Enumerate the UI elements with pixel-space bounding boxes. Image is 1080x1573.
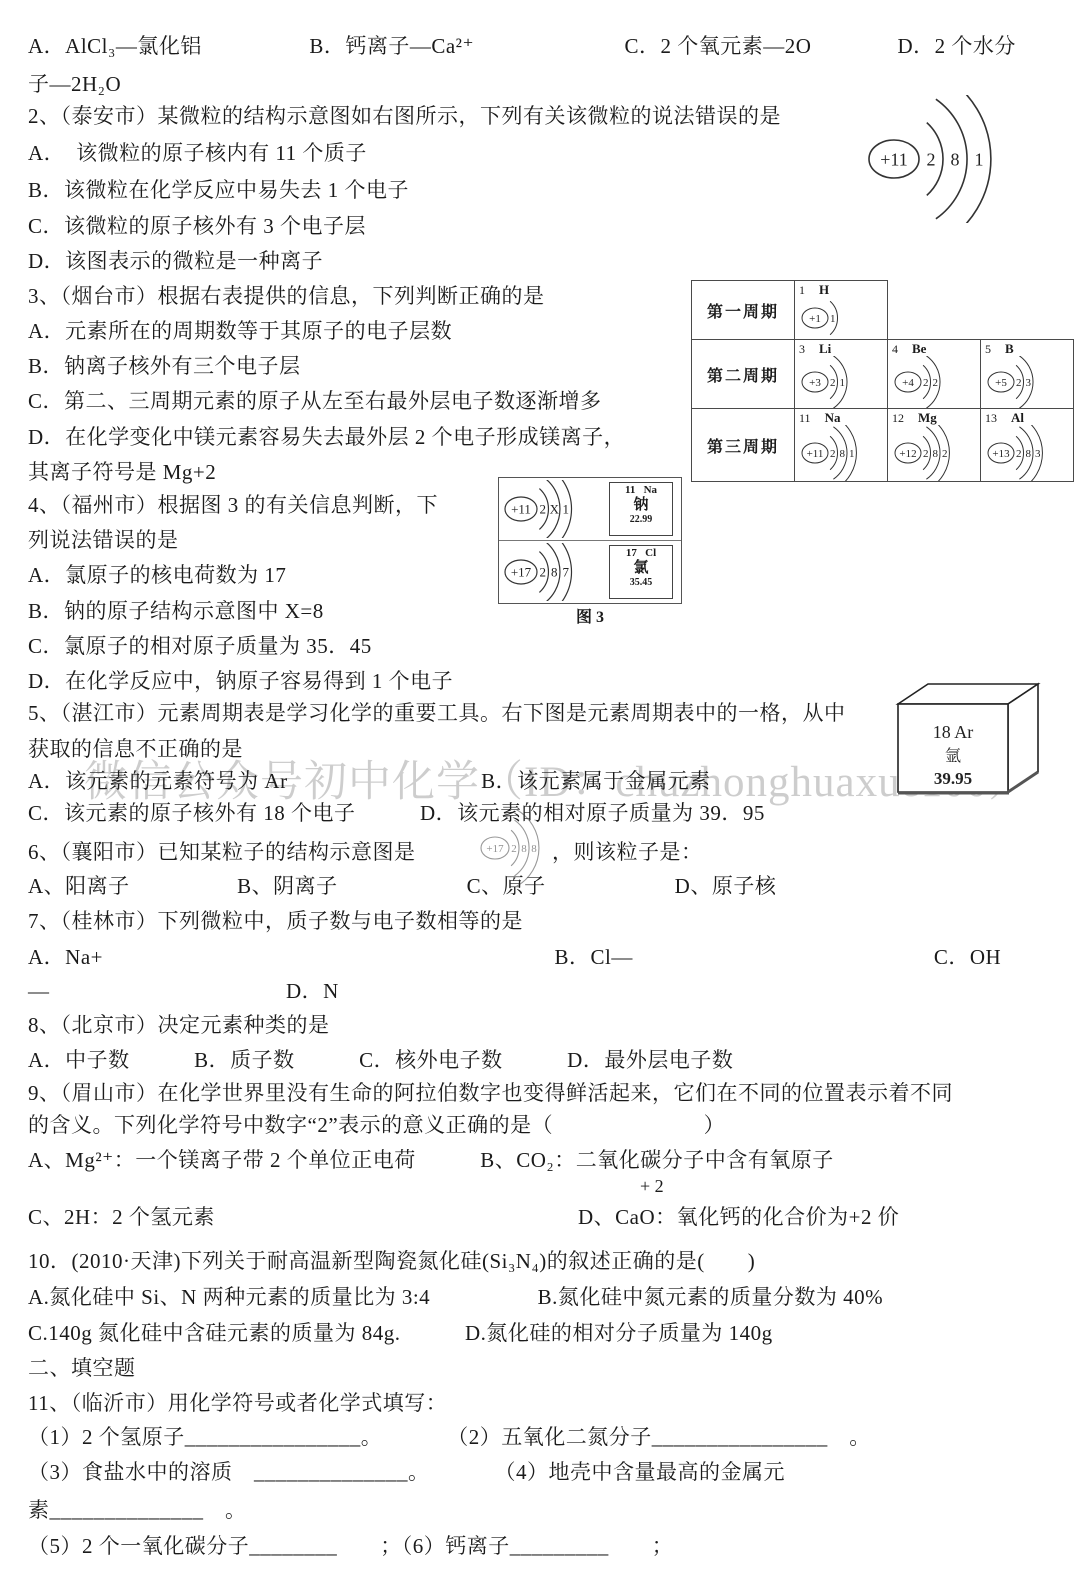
svg-text:8: 8: [840, 448, 846, 460]
periodic-table-row: 第三周期11Na+1128112Mg+1228213Al+13283: [692, 409, 1074, 482]
atom-structure-icon: +11: [799, 297, 883, 339]
text-line: A．氯原子的核电荷数为 17: [28, 561, 286, 589]
atom-structure-icon: +11281: [862, 95, 1022, 223]
fill-blank-line: （5）2 个一氧化碳分子________ ；（6）钙离子_________ ；: [28, 1532, 673, 1560]
element-header: 4Be: [892, 342, 980, 356]
periodic-table-row: 第二周期3Li+3214Be+4225B+523: [692, 340, 1074, 409]
svg-text:39.95: 39.95: [934, 769, 972, 788]
periodic-cell: 4Be+422: [887, 339, 981, 409]
atom-structure-icon: +523: [985, 356, 1069, 408]
text-line: B．钠离子核外有三个电子层: [28, 352, 301, 380]
svg-text:1: 1: [840, 377, 846, 389]
element-header: 1H: [799, 283, 887, 297]
text-line: A．该元素的元素符号为 Ar B．该元素属于金属元素: [28, 767, 711, 795]
svg-text:+11: +11: [807, 448, 824, 460]
text-line: 列说法错误的是: [28, 526, 179, 554]
text-line: 其离子符号是 Mg+2: [28, 458, 216, 486]
svg-text:+11: +11: [511, 502, 531, 517]
svg-text:8: 8: [1026, 448, 1032, 460]
svg-text:2: 2: [1016, 448, 1022, 460]
svg-text:+4: +4: [902, 377, 914, 389]
element-header: 13Al: [985, 411, 1073, 425]
text-line: D．在化学反应中，钠原子容易得到 1 个电子: [28, 667, 453, 695]
svg-text:X: X: [550, 502, 560, 517]
svg-text:氩: 氩: [945, 747, 961, 765]
svg-text:2: 2: [933, 377, 939, 389]
text-line: 获取的信息不正确的是: [28, 735, 243, 763]
svg-text:3: 3: [1035, 448, 1041, 460]
text-line: A.氮化硅中 Si、N 两种元素的质量比为 3:4 B.氮化硅中氮元素的质量分数…: [28, 1283, 883, 1311]
svg-text:1: 1: [830, 313, 836, 325]
element-cube-icon: 18 Ar氩39.95: [890, 676, 1042, 800]
svg-text:2: 2: [540, 502, 547, 517]
element-header: 5B: [985, 342, 1073, 356]
periodic-table-row: 第一周期1H+11: [692, 281, 1074, 340]
svg-text:7: 7: [563, 565, 570, 580]
worksheet-page: 微信公众号初中化学（ID：chuzhonghuaxue100） A．AlCl₃—…: [0, 0, 1080, 1573]
svg-text:2: 2: [830, 448, 836, 460]
svg-text:3: 3: [1026, 377, 1032, 389]
argon-cube-diagram: 18 Ar氩39.95: [890, 676, 1042, 805]
atom-structure-icon: +321: [799, 356, 883, 408]
atom-structure-icon: +11281: [799, 425, 883, 481]
svg-text:8: 8: [933, 448, 939, 460]
svg-text:+3: +3: [809, 377, 821, 389]
periodic-table: 第一周期1H+11第二周期3Li+3214Be+4225B+523第三周期11N…: [692, 281, 1074, 482]
svg-text:+13: +13: [992, 448, 1010, 460]
text-line: A． 该微粒的原子核内有 11 个质子: [28, 139, 367, 167]
text-line: D．该图表示的微粒是一种离子: [28, 247, 323, 275]
text-line: A．AlCl₃—氯化铝 B．钙离子—Ca²⁺ C．2 个氧元素—2O D．2 个…: [28, 32, 1016, 60]
text-line: D．在化学变化中镁元素容易失去最外层 2 个电子形成镁离子，: [28, 423, 625, 451]
svg-text:+1: +1: [809, 313, 821, 325]
period-label: 第一周期: [691, 280, 795, 340]
svg-text:2: 2: [511, 843, 517, 855]
periodic-cell: 5B+523: [980, 339, 1074, 409]
text-line: 11、（临沂市）用化学符号或者化学式填写：: [28, 1389, 447, 1417]
text-line: 2、（泰安市）某微粒的结构示意图如右图所示，下列有关该微粒的说法错误的是: [28, 102, 781, 130]
text-line: 5、（湛江市）元素周期表是学习化学的重要工具。右下图是元素周期表中的一格，从中: [28, 699, 846, 727]
svg-text:18 Ar: 18 Ar: [933, 722, 974, 742]
section-title: 二、填空题: [28, 1354, 136, 1382]
svg-text:2: 2: [830, 377, 836, 389]
svg-text:+11: +11: [880, 149, 907, 169]
svg-text:2: 2: [1016, 377, 1022, 389]
periodic-cell: 13Al+13283: [980, 408, 1074, 482]
text-line: 3、（烟台市）根据右表提供的信息，下列判断正确的是: [28, 282, 545, 310]
text-line: A．Na+ B．Cl— C．OH: [28, 943, 1001, 971]
svg-text:2: 2: [927, 149, 936, 169]
atom-structure-icon: +112X1: [499, 480, 607, 538]
svg-text:1: 1: [975, 149, 984, 169]
text-line: C、2H：2 个氢元素: [28, 1203, 215, 1231]
text-line: A、Mg²⁺：一个镁离子带 2 个单位正电荷 B、CO₂：二氧化碳分子中含有氧原…: [28, 1146, 834, 1174]
svg-text:8: 8: [951, 149, 960, 169]
atom-structure-icon: +13283: [985, 425, 1069, 481]
figure3-caption: 图 3: [498, 604, 682, 627]
text-line: A．中子数 B．质子数 C．核外电子数 D．最外层电子数: [28, 1046, 733, 1074]
text-line: ，则该粒子是：: [552, 838, 703, 866]
text-line: 4、（福州市）根据图 3 的有关信息判断，下: [28, 491, 438, 519]
text-line: — D．N: [28, 977, 339, 1005]
text-line: 的含义。下列化学符号中数字“2”表示的意义正确的是（ ）: [28, 1111, 725, 1139]
text-line: 8、（北京市）决定元素种类的是: [28, 1011, 330, 1039]
element-header: 12Mg: [892, 411, 980, 425]
periodic-cell: 1H+11: [794, 280, 888, 340]
svg-text:+17: +17: [486, 843, 504, 855]
text-line: 子—2H₂O: [28, 70, 121, 98]
atom-structure-icon: +17288: [477, 810, 561, 886]
periodic-cell: 11Na+11281: [794, 408, 888, 482]
svg-text:+5: +5: [995, 377, 1007, 389]
element-box: 11 Na钠22.99: [609, 482, 673, 536]
atom-structure-icon: +422: [892, 356, 976, 408]
valence-superscript: + 2: [640, 1176, 664, 1197]
fill-blank-line: （3）食盐水中的溶质 ______________。 （4）地壳中含量最高的金属…: [28, 1458, 785, 1486]
text-line: C．第二、三周期元素的原子从左至右最外层电子数逐渐增多: [28, 387, 602, 415]
svg-text:2: 2: [540, 565, 547, 580]
svg-text:+17: +17: [511, 565, 532, 580]
text-line: 6、（襄阳市）已知某粒子的结构示意图是: [28, 838, 416, 866]
svg-text:1: 1: [849, 448, 855, 460]
svg-text:8: 8: [551, 565, 558, 580]
q2-atom-diagram: +11281: [862, 95, 1022, 228]
text-line: B．钠的原子结构示意图中 X=8: [28, 597, 324, 625]
svg-text:+12: +12: [899, 448, 916, 460]
svg-text:8: 8: [521, 843, 527, 855]
text-line: A、阳离子 B、阴离子 C、原子 D、原子核: [28, 872, 776, 900]
q6-atom-diagram: +17288: [477, 810, 561, 891]
element-box: 17 Cl氯35.45: [609, 545, 673, 599]
figure3-row: +112X111 Na钠22.99: [499, 478, 681, 540]
element-header: 3Li: [799, 342, 887, 356]
figure3-diagram: +112X111 Na钠22.99+1728717 Cl氯35.45: [498, 477, 682, 604]
text-line: C．该元素的原子核外有 18 个电子 D．该元素的相对原子质量为 39．95: [28, 799, 765, 827]
period-label: 第三周期: [691, 408, 795, 482]
text-line: B．该微粒在化学反应中易失去 1 个电子: [28, 176, 409, 204]
text-line: C．氯原子的相对原子质量为 35．45: [28, 632, 372, 660]
text-line: 7、（桂林市）下列微粒中，质子数与电子数相等的是: [28, 907, 523, 935]
atom-structure-icon: +17287: [499, 543, 607, 601]
fill-blank-line: （1）2 个氢原子________________。 （2）五氧化二氮分子___…: [28, 1423, 871, 1451]
atom-structure-icon: +12282: [892, 425, 976, 481]
svg-text:2: 2: [923, 377, 929, 389]
period-label: 第二周期: [691, 339, 795, 409]
svg-text:8: 8: [531, 843, 537, 855]
svg-text:1: 1: [563, 502, 570, 517]
text-line: D、CaO：氧化钙的化合价为+2 价: [578, 1203, 899, 1231]
periodic-cell: 12Mg+12282: [887, 408, 981, 482]
element-header: 11Na: [799, 411, 887, 425]
text-line: 10．(2010·天津)下列关于耐高温新型陶瓷氮化硅(Si₃N₄)的叙述正确的是…: [28, 1247, 755, 1275]
periodic-cell: 3Li+321: [794, 339, 888, 409]
fill-blank-line: 素______________ 。: [28, 1496, 247, 1524]
text-line: C．该微粒的原子核外有 3 个电子层: [28, 212, 366, 240]
text-line: 9、（眉山市）在化学世界里没有生命的阿拉伯数字也变得鲜活起来，它们在不同的位置表…: [28, 1079, 953, 1107]
text-line: C.140g 氮化硅中含硅元素的质量为 84g. D.氮化硅的相对分子质量为 1…: [28, 1319, 773, 1347]
figure3-row: +1728717 Cl氯35.45: [499, 540, 681, 603]
text-line: A．元素所在的周期数等于其原子的电子层数: [28, 317, 452, 345]
svg-text:2: 2: [923, 448, 929, 460]
svg-text:2: 2: [942, 448, 948, 460]
